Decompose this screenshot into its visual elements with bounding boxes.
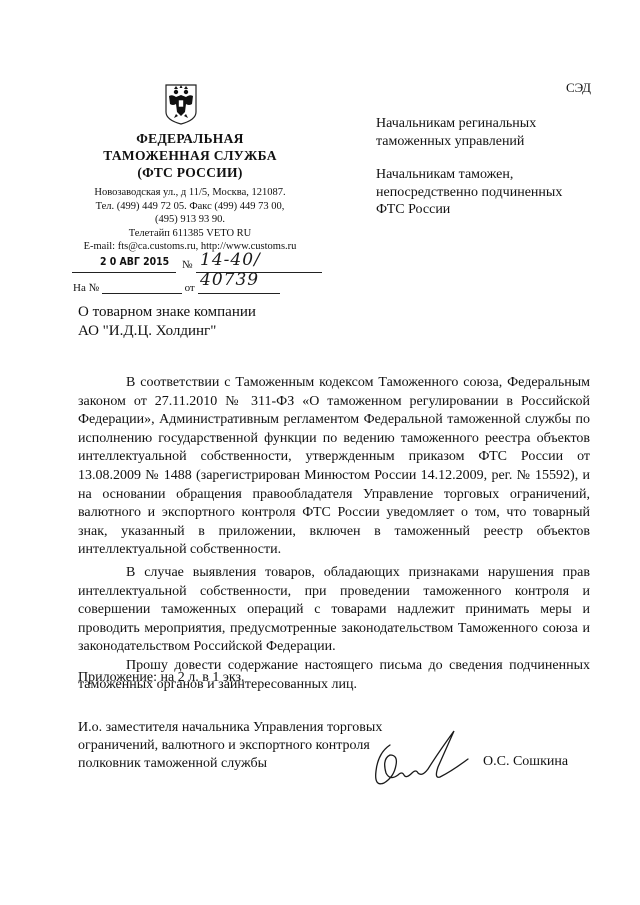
org-title-line2: ТАМОЖЕННАЯ СЛУЖБА [60,147,320,164]
reference-from: от [185,282,195,294]
signer-name: О.С. Сошкина [483,754,568,770]
reference-date-blank [198,281,280,294]
signer-position-line3: полковник таможенной службы [78,755,382,773]
body-paragraph-2: В случае выявления товаров, обладающих п… [78,564,590,657]
recipient-2-line1: Начальникам таможен, [376,166,562,184]
recipient-2: Начальникам таможен, непосредственно под… [376,166,562,219]
recipient-1: Начальникам регинальных таможенных управ… [376,115,536,150]
org-title-line3: (ФТС РОССИИ) [60,164,320,181]
sed-mark: СЭД [566,80,591,96]
body: В соответствии с Таможенным кодексом Там… [78,374,590,694]
org-address-line3: (495) 913 93 90. [60,213,320,226]
attachment-note: Приложение: на 2 л. в 1 экз. [78,670,245,686]
recipient-1-line2: таможенных управлений [376,133,536,151]
signer-position: И.о. заместителя начальника Управления т… [78,719,382,773]
body-paragraph-1: В соответствии с Таможенным кодексом Там… [78,374,590,560]
recipient-2-line2: непосредственно подчиненных [376,184,562,202]
org-address-line2: Тел. (499) 449 72 05. Факс (499) 449 73 … [60,200,320,213]
number-sign: № [182,259,193,271]
registration-date: 2 0 АВГ 2015 [100,255,169,268]
org-title-line1: ФЕДЕРАЛЬНАЯ [60,130,320,147]
subject-line2: АО "И.Д.Ц. Холдинг" [78,322,256,341]
org-address-line1: Новозаводская ул., д 11/5, Москва, 12108… [60,186,320,199]
recipient-1-line1: Начальникам регинальных [376,115,536,133]
reference-number-blank [102,281,182,294]
reference-prefix: На № [73,282,99,294]
subject-line1: О товарном знаке компании [78,303,256,322]
recipient-2-line3: ФТС России [376,201,562,219]
handwritten-signature-icon [368,725,478,795]
signer-position-line1: И.о. заместителя начальника Управления т… [78,719,382,737]
org-address-line4: Телетайп 611385 VETO RU [60,227,320,240]
reference-row: На № от [73,281,323,297]
russian-coat-of-arms-icon [163,82,199,126]
subject: О товарном знаке компании АО "И.Д.Ц. Хол… [78,303,256,340]
signer-position-line2: ограничений, валютного и экспортного кон… [78,737,382,755]
registration-row: 2 0 АВГ 2015 № 14-40/ 40739 [72,254,322,276]
